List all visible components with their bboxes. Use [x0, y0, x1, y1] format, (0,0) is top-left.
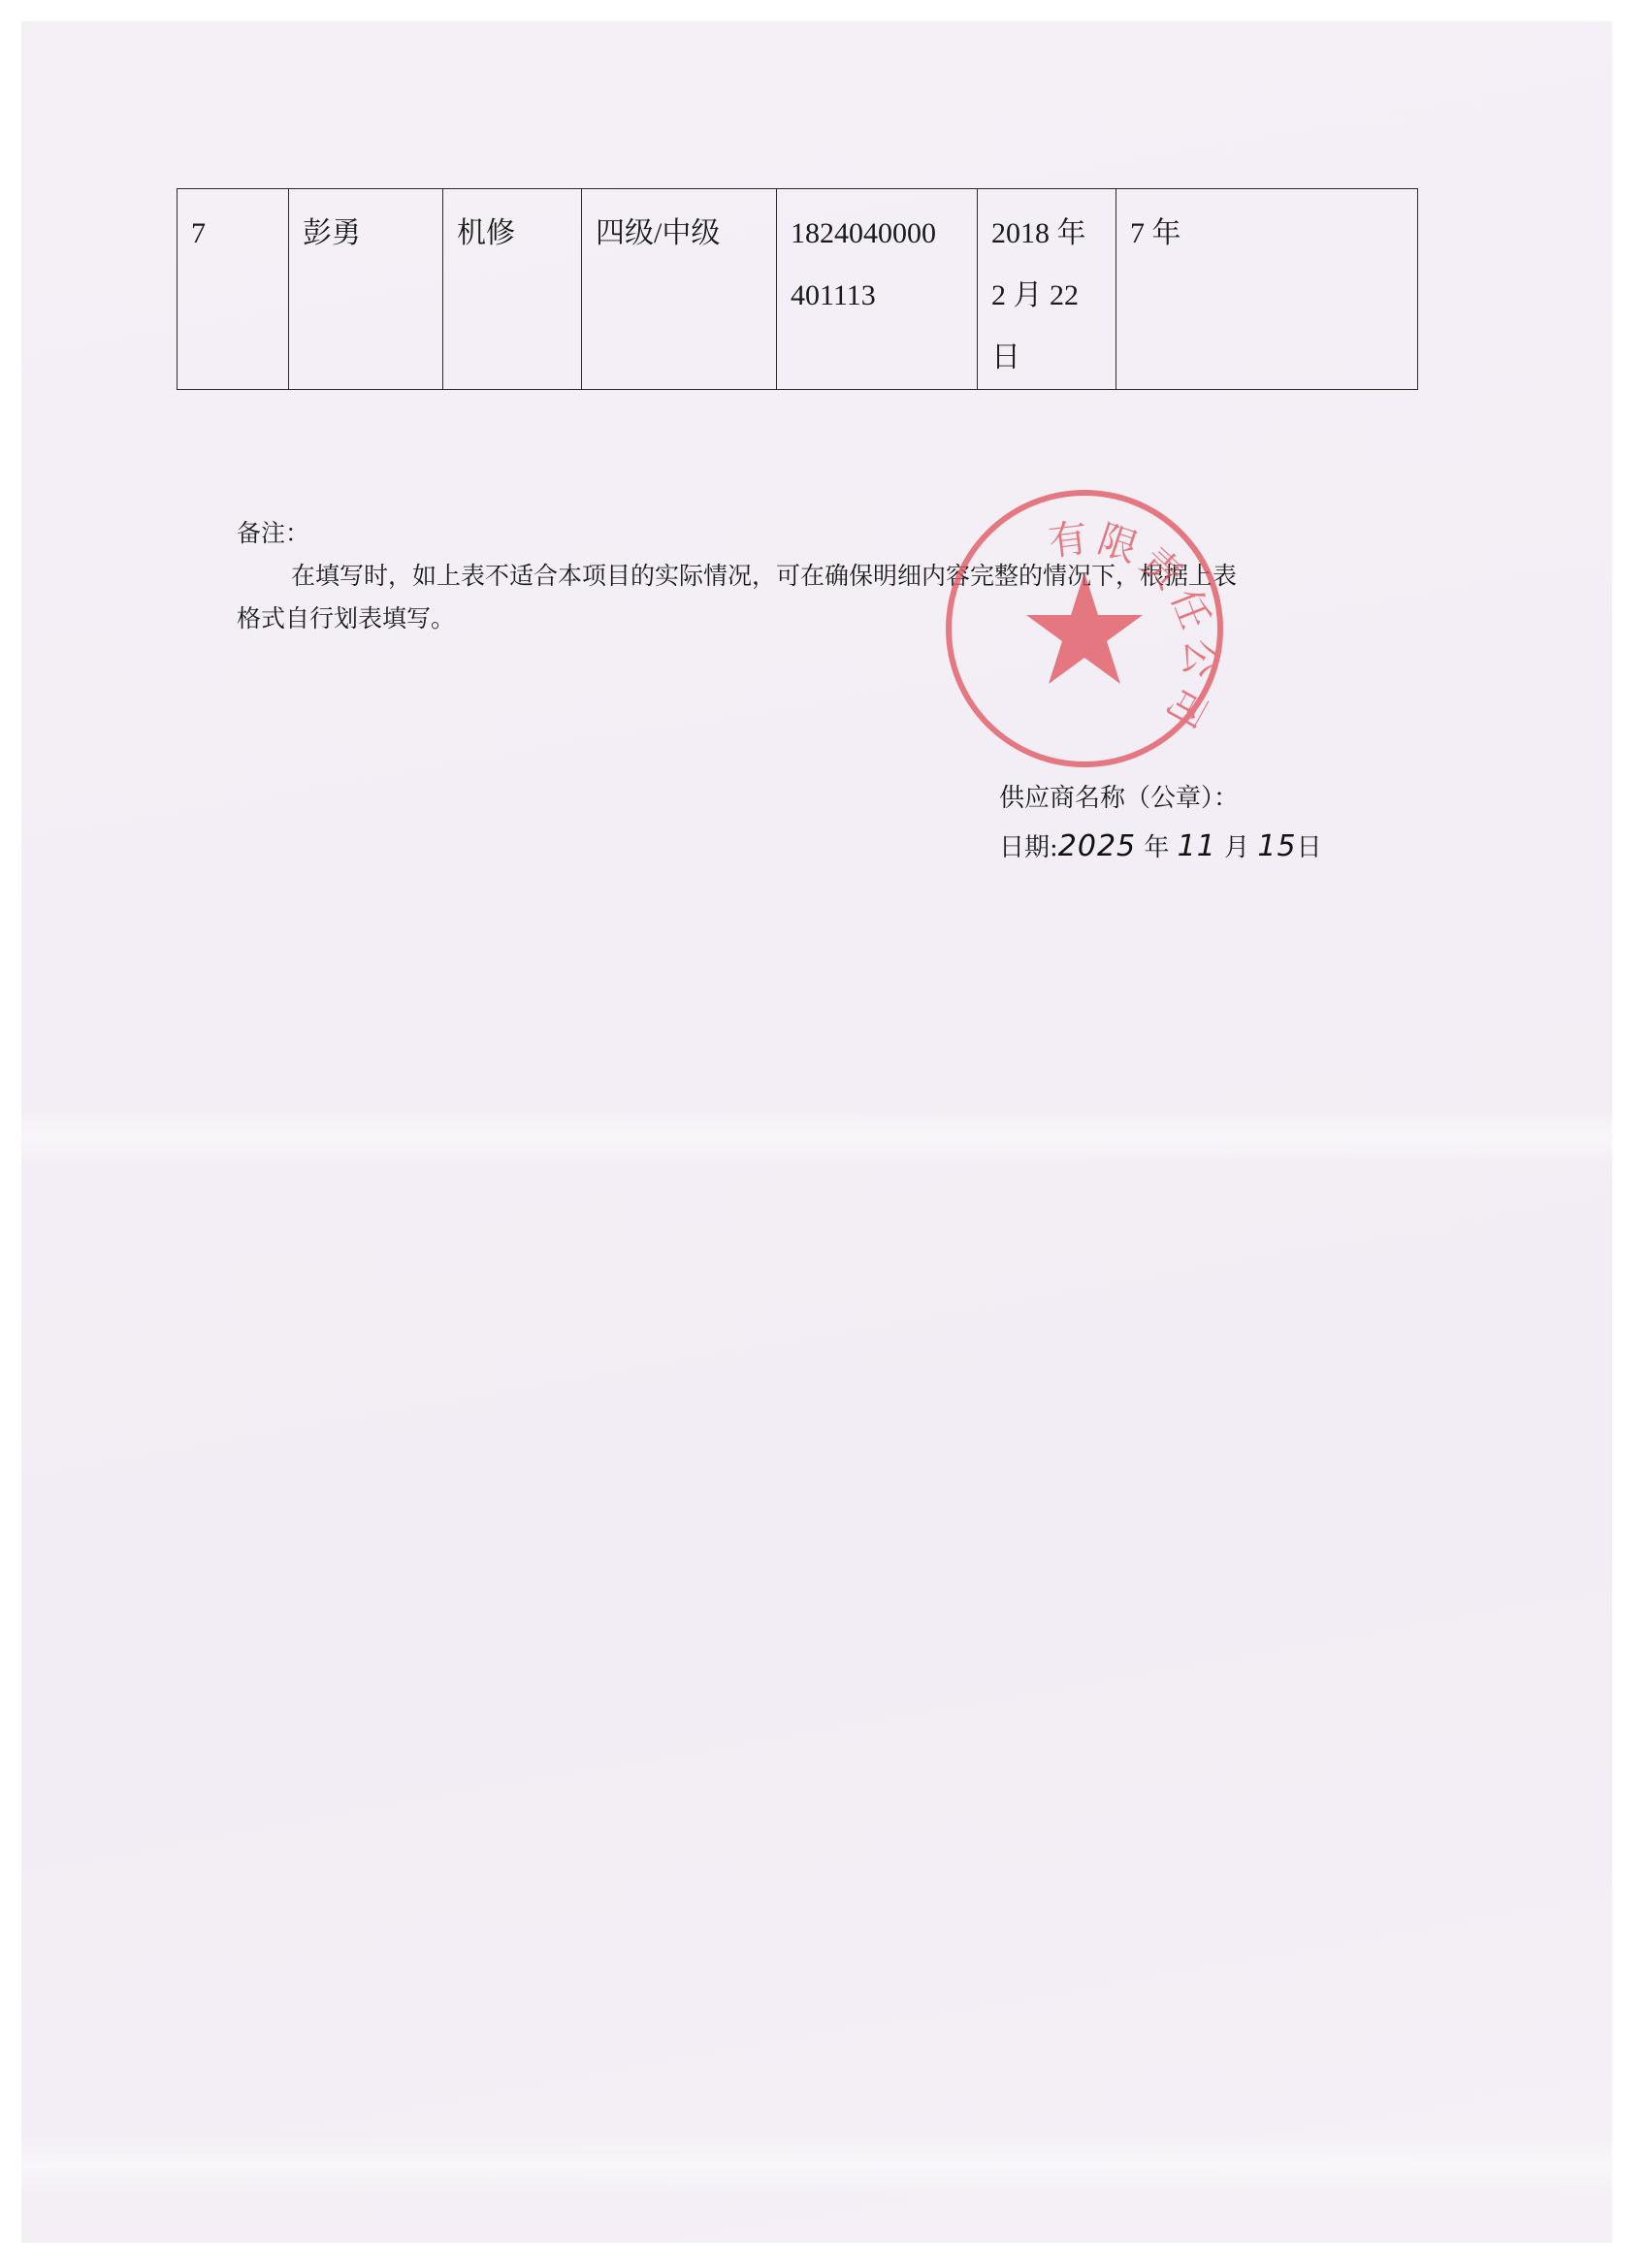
- handwritten-year: 2025: [1058, 829, 1136, 863]
- cell-name: 彭勇: [289, 189, 443, 390]
- supplier-name-label: 供应商名称（公章）：: [999, 774, 1322, 823]
- star-icon: [1026, 572, 1143, 684]
- handwritten-month: 11: [1178, 829, 1216, 863]
- cell-date: 2018 年 2 月 22 日: [978, 189, 1116, 390]
- company-seal-icon: 有限责任公司: [939, 483, 1230, 774]
- cell-position: 机修: [443, 189, 582, 390]
- cell-index: 7: [178, 189, 289, 390]
- signoff-date: 日期:2025 年 11 月 15日: [999, 823, 1322, 872]
- signoff-section: 供应商名称（公章）： 日期:2025 年 11 月 15日: [999, 774, 1322, 872]
- staff-table: 7 彭勇 机修 四级/中级 1824040000 401113 2018 年 2…: [177, 188, 1418, 390]
- cell-years: 7 年: [1116, 189, 1418, 390]
- cell-cert-no: 1824040000 401113: [777, 189, 978, 390]
- paper-crease: [21, 2136, 1612, 2194]
- handwritten-day: 15: [1257, 829, 1296, 863]
- table-row: 7 彭勇 机修 四级/中级 1824040000 401113 2018 年 2…: [178, 189, 1418, 390]
- cell-level: 四级/中级: [582, 189, 777, 390]
- paper-crease: [21, 1108, 1612, 1166]
